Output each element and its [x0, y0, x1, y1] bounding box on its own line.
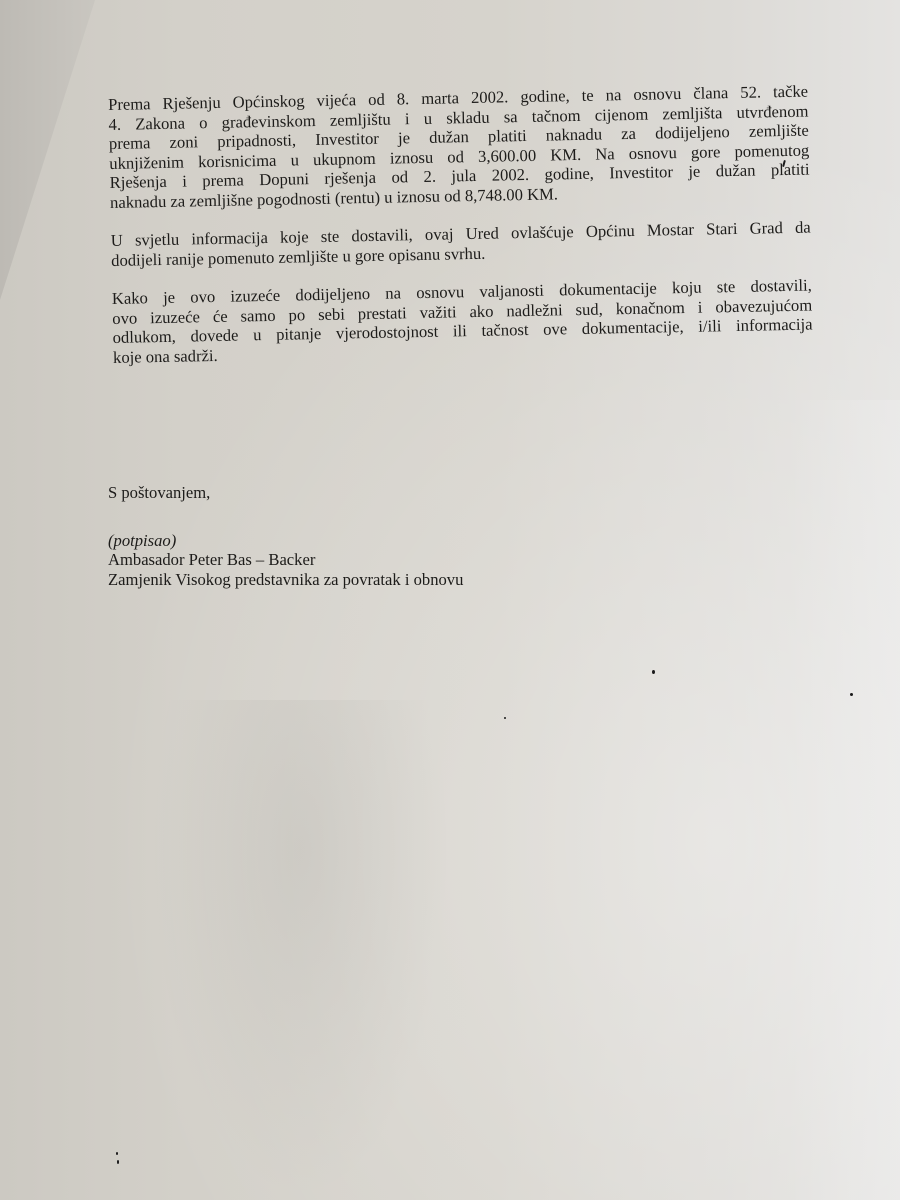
paper-fold-shadow [150, 700, 450, 1200]
ink-speck [117, 1160, 119, 1164]
letter-body: Prema Rješenju Općinskog vijeća od 8. ma… [108, 82, 813, 386]
ink-speck [652, 670, 655, 674]
signatory-name: Ambasador Peter Bas – Backer [108, 550, 463, 570]
paragraph-validity: Kako je ovo izuzeće dodijeljeno na osnov… [112, 276, 813, 367]
signatory-title: Zamjenik Visokog predstavnika za povrata… [108, 570, 463, 590]
closing-greeting: S poštovanjem, [108, 483, 463, 503]
paragraph-fees: Prema Rješenju Općinskog vijeća od 8. ma… [108, 82, 810, 212]
ink-speck [504, 717, 506, 719]
document-page: Prema Rješenju Općinskog vijeća od 8. ma… [0, 0, 900, 1200]
ink-speck [116, 1152, 118, 1155]
paragraph-authorization: U svjetlu informacija koje ste dostavili… [111, 218, 812, 270]
letter-closing: S poštovanjem, (potpisao) Ambasador Pete… [108, 483, 463, 589]
light-glare [790, 400, 900, 1200]
signed-note: (potpisao) [108, 531, 463, 551]
photo-scene: Prema Rješenju Općinskog vijeća od 8. ma… [0, 0, 900, 1200]
ink-speck [850, 693, 853, 696]
